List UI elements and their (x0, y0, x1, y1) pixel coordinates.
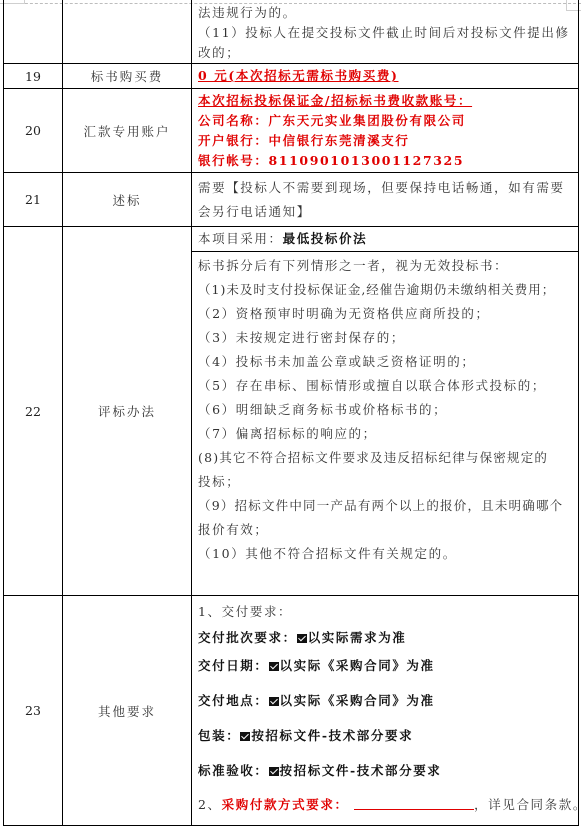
requirement-acceptance: 标准验收：按招标文件-技术部分要求 (198, 757, 572, 785)
table-row-22: 22 评标办法 本项目采用：最低投标价法 标书拆分后有下列情形之一者，视为无效投… (4, 227, 579, 596)
row-content: 1、交付要求： 交付批次要求：以实际需求为准 交付日期：以实际《采购合同》为准 … (192, 596, 579, 826)
content-line: 投标； (198, 470, 572, 494)
row-number: 21 (4, 173, 63, 227)
method-value: 最低投标价法 (283, 231, 368, 246)
table-row-21: 21 述标 需要【投标人不需要到现场，但要保持电话畅通，如有需要 会另行电话通知… (4, 173, 579, 227)
invalid-bid-conditions: 标书拆分后有下列情形之一者，视为无效投标书： （1)未及时支付投标保证金,经催告… (192, 251, 578, 566)
checkbox-checked-icon[interactable] (269, 697, 279, 706)
checkbox-checked-icon[interactable] (269, 767, 279, 776)
requirement-batch: 交付批次要求：以实际需求为准 (198, 624, 572, 652)
content-line: 改的； (198, 43, 572, 63)
requirement-value: 以实际《采购合同》为准 (280, 658, 435, 673)
content-line: （9）招标文件中同一产品有两个以上的报价，且未明确哪个 (198, 494, 572, 518)
requirement-value: 按招标文件-技术部分要求 (280, 763, 442, 778)
row-content: 本次招标投标保证金/招标标书费收款账号： 公司名称：广东天元实业集团股份有限公司… (192, 89, 579, 173)
row-number (4, 0, 63, 64)
row-item: 其他要求 (63, 596, 192, 826)
requirement-label: 交付地点： (198, 693, 269, 708)
row-number: 19 (4, 64, 63, 89)
requirement-location: 交付地点：以实际《采购合同》为准 (198, 687, 572, 715)
requirement-label: 标准验收： (198, 763, 269, 778)
requirement-value: 以实际《采购合同》为准 (280, 693, 435, 708)
row-content: 法违规行为的。 （11）投标人在提交投标文件截止时间后对投标文件提出修 改的； (192, 0, 579, 64)
bank-name: 开户银行：中信银行东莞清溪支行 (198, 131, 572, 151)
content-line: 法违规行为的。 (198, 3, 572, 23)
row-content: 0 元(本次招标无需标书购买费) (192, 64, 579, 89)
content-line: （10）其他不符合招标文件有关规定的。 (198, 542, 572, 566)
delivery-heading: 1、交付要求： (198, 600, 572, 624)
row-content: 需要【投标人不需要到现场，但要保持电话畅通，如有需要 会另行电话通知】 (192, 173, 579, 227)
evaluation-method: 本项目采用：最低投标价法 (198, 227, 572, 251)
requirement-value: 按招标文件-技术部分要求 (251, 728, 413, 743)
row-item: 述标 (63, 173, 192, 227)
row-item: 标书购买费 (63, 64, 192, 89)
payment-method-blank[interactable] (354, 797, 474, 810)
bid-terms-table: 法违规行为的。 （11）投标人在提交投标文件截止时间后对投标文件提出修 改的； … (3, 0, 579, 826)
content-line: （1)未及时支付投标保证金,经催告逾期仍未缴纳相关费用； (198, 278, 572, 302)
requirement-packaging: 包装：按招标文件-技术部分要求 (198, 722, 572, 750)
table-row-continuation: 法违规行为的。 （11）投标人在提交投标文件截止时间后对投标文件提出修 改的； (4, 0, 579, 64)
row-item (63, 0, 192, 64)
payment-requirement: 2、采购付款方式要求： ，详见合同条款。 (198, 791, 572, 819)
requirement-label: 交付批次要求： (198, 630, 297, 645)
payment-label: 采购付款方式要求： (222, 797, 349, 812)
payment-suffix: ，详见合同条款。 (474, 797, 581, 812)
row-number: 20 (4, 89, 63, 173)
requirement-date: 交付日期：以实际《采购合同》为准 (198, 652, 572, 680)
content-line: 会另行电话通知】 (198, 200, 572, 224)
company-name: 公司名称：广东天元实业集团股份有限公司 (198, 111, 572, 131)
table-row-19: 19 标书购买费 0 元(本次招标无需标书购买费) (4, 64, 579, 89)
row-item: 评标办法 (63, 227, 192, 596)
content-line: （2）资格预审时明确为无资格供应商所投的； (198, 302, 572, 326)
payment-prefix: 2、 (198, 797, 222, 812)
content-line: （3）未按规定进行密封保存的； (198, 326, 572, 350)
table-row-23: 23 其他要求 1、交付要求： 交付批次要求：以实际需求为准 交付日期：以实际《… (4, 596, 579, 826)
bid-document-fee: 0 元(本次招标无需标书购买费) (198, 66, 572, 86)
checkbox-checked-icon[interactable] (269, 662, 279, 671)
checkbox-checked-icon[interactable] (297, 634, 307, 643)
bank-account-number: 银行帐号：8110901013001127325 (198, 151, 572, 171)
content-line: （11）投标人在提交投标文件截止时间后对投标文件提出修 (198, 23, 572, 43)
row-number: 22 (4, 227, 63, 596)
row-number: 23 (4, 596, 63, 826)
content-line: （6）明细缺乏商务标书或价格标书的； (198, 398, 572, 422)
requirement-label: 交付日期： (198, 658, 269, 673)
method-label: 本项目采用： (198, 231, 283, 246)
content-line: 需要【投标人不需要到现场，但要保持电话畅通，如有需要 (198, 176, 572, 200)
requirement-label: 包装： (198, 728, 240, 743)
content-line: 报价有效； (198, 518, 572, 542)
content-line: （4）投标书未加盖公章或缺乏资格证明的； (198, 350, 572, 374)
row-content: 本项目采用：最低投标价法 标书拆分后有下列情形之一者，视为无效投标书： （1)未… (192, 227, 579, 596)
checkbox-checked-icon[interactable] (240, 732, 250, 741)
content-line: （7）偏离招标标的响应的； (198, 422, 572, 446)
requirement-value: 以实际需求为准 (308, 630, 407, 645)
account-heading: 本次招标投标保证金/招标标书费收款账号： (198, 91, 572, 111)
content-line: （5）存在串标、围标情形或擅自以联合体形式投标的； (198, 374, 572, 398)
row-item: 汇款专用账户 (63, 89, 192, 173)
table-row-20: 20 汇款专用账户 本次招标投标保证金/招标标书费收款账号： 公司名称：广东天元… (4, 89, 579, 173)
content-line: 标书拆分后有下列情形之一者，视为无效投标书： (198, 254, 572, 278)
content-line: (8)其它不符合招标文件要求及违反招标纪律与保密规定的 (198, 446, 572, 470)
